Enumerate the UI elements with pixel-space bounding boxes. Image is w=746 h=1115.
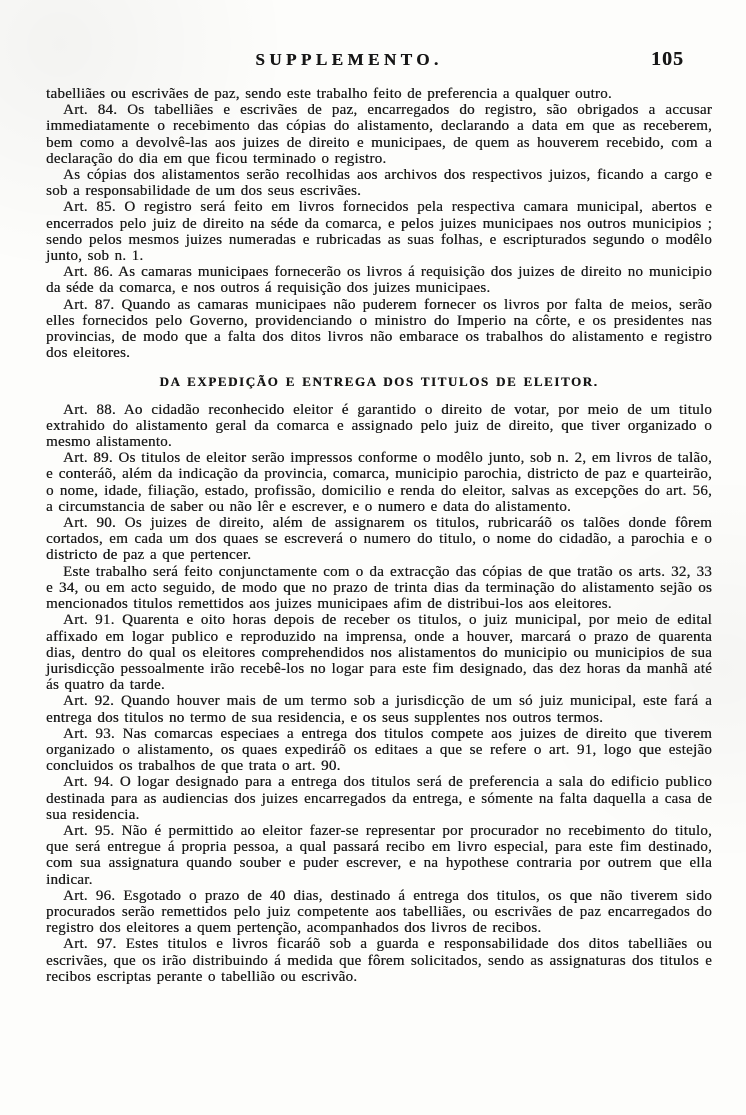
paragraph-art-95: Art. 95. Não é permittido ao eleitor faz…	[46, 823, 712, 888]
paragraph-art-89: Art. 89. Os titulos de eleitor serão imp…	[46, 450, 712, 515]
scanned-page: SUPPLEMENTO. 105 tabelliães ou escrivães…	[0, 0, 746, 1115]
paragraph-continuation: tabelliães ou escrivães de paz, sendo es…	[46, 86, 712, 102]
paragraph-art-90: Art. 90. Os juizes de direito, além de a…	[46, 515, 712, 564]
paragraph-art-84: Art. 84. Os tabelliães e escrivães de pa…	[46, 102, 712, 167]
paragraph-art-91: Art. 91. Quarenta e oito horas depois de…	[46, 612, 712, 693]
paragraph-art-87: Art. 87. Quando as camaras municipaes nã…	[46, 297, 712, 362]
page-title: SUPPLEMENTO.	[46, 50, 652, 70]
page-header: SUPPLEMENTO. 105	[46, 50, 712, 74]
paragraph-art-96: Art. 96. Esgotado o prazo de 40 dias, de…	[46, 888, 712, 937]
paragraph-art-93: Art. 93. Nas comarcas especiaes a entreg…	[46, 726, 712, 775]
paragraph-art-86: Art. 86. As camaras municipaes fornecerã…	[46, 264, 712, 296]
paragraph-art-97: Art. 97. Estes titulos e livros ficaráõ …	[46, 936, 712, 985]
document-body: tabelliães ou escrivães de paz, sendo es…	[46, 86, 712, 985]
paragraph-art-92: Art. 92. Quando houver mais de um termo …	[46, 693, 712, 725]
paragraph-este-trabalho: Este trabalho será feito conjunctamente …	[46, 564, 712, 613]
section-heading-expedicao-titulos: DA EXPEDIÇÃO E ENTREGA DOS TITULOS DE EL…	[46, 374, 712, 390]
paragraph-copias-alistamentos: As cópias dos alistamentos serão recolhi…	[46, 167, 712, 199]
page-number: 105	[651, 48, 684, 71]
paragraph-art-94: Art. 94. O logar designado para a entreg…	[46, 774, 712, 823]
paragraph-art-88: Art. 88. Ao cidadão reconhecido eleitor …	[46, 402, 712, 451]
paragraph-art-85: Art. 85. O registro será feito em livros…	[46, 199, 712, 264]
